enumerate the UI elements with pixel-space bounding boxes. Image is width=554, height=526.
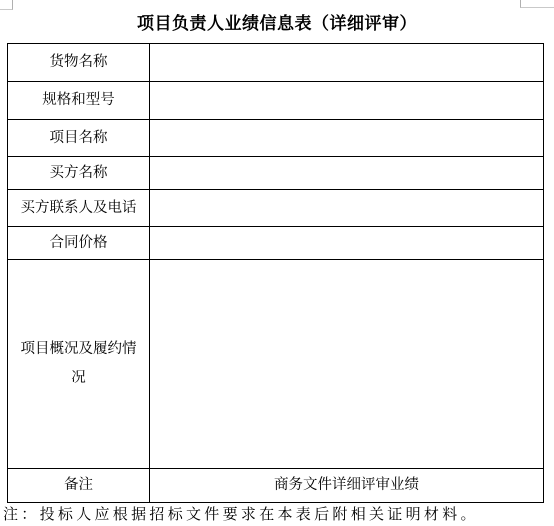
table-row-project-overview-performance: 项目概况及履约情况 (8, 260, 544, 469)
table-row-contract-price: 合同价格 (8, 227, 544, 260)
row-value-cell[interactable] (150, 190, 544, 227)
table-row-remarks: 备注 商务文件详细评审业绩 (8, 469, 544, 503)
table-row-spec-model: 规格和型号 (8, 82, 544, 120)
row-label-cell: 合同价格 (8, 227, 150, 260)
row-value-cell[interactable] (150, 120, 544, 157)
table-row-project-name: 项目名称 (8, 120, 544, 157)
table-row-buyer-name: 买方名称 (8, 157, 544, 190)
row-label-cell: 货物名称 (8, 44, 150, 82)
performance-info-table: 货物名称 规格和型号 项目名称 买方名称 买方联系人及电话 合同价格 项目概况及… (7, 43, 544, 503)
row-value-cell[interactable] (150, 82, 544, 120)
row-label-cell: 买方名称 (8, 157, 150, 190)
row-value-cell[interactable]: 商务文件详细评审业绩 (150, 469, 544, 503)
row-value-cell[interactable] (150, 227, 544, 260)
row-label-cell: 项目名称 (8, 120, 150, 157)
row-value-cell[interactable] (150, 260, 544, 469)
cropped-table-fragment-top-right (520, 0, 554, 8)
row-label-cell: 备注 (8, 469, 150, 503)
row-label-cell: 规格和型号 (8, 82, 150, 120)
page-title: 项目负责人业绩信息表（详细评审） (0, 9, 554, 34)
row-label-cell: 项目概况及履约情况 (8, 260, 150, 469)
row-value-cell[interactable] (150, 157, 544, 190)
table-row-goods-name: 货物名称 (8, 44, 544, 82)
row-value-cell[interactable] (150, 44, 544, 82)
table-row-buyer-contact-phone: 买方联系人及电话 (8, 190, 544, 227)
footnote: 注：投标人应根据招标文件要求在本表后附相关证明材料。 (3, 503, 479, 524)
row-label-cell: 买方联系人及电话 (8, 190, 150, 227)
